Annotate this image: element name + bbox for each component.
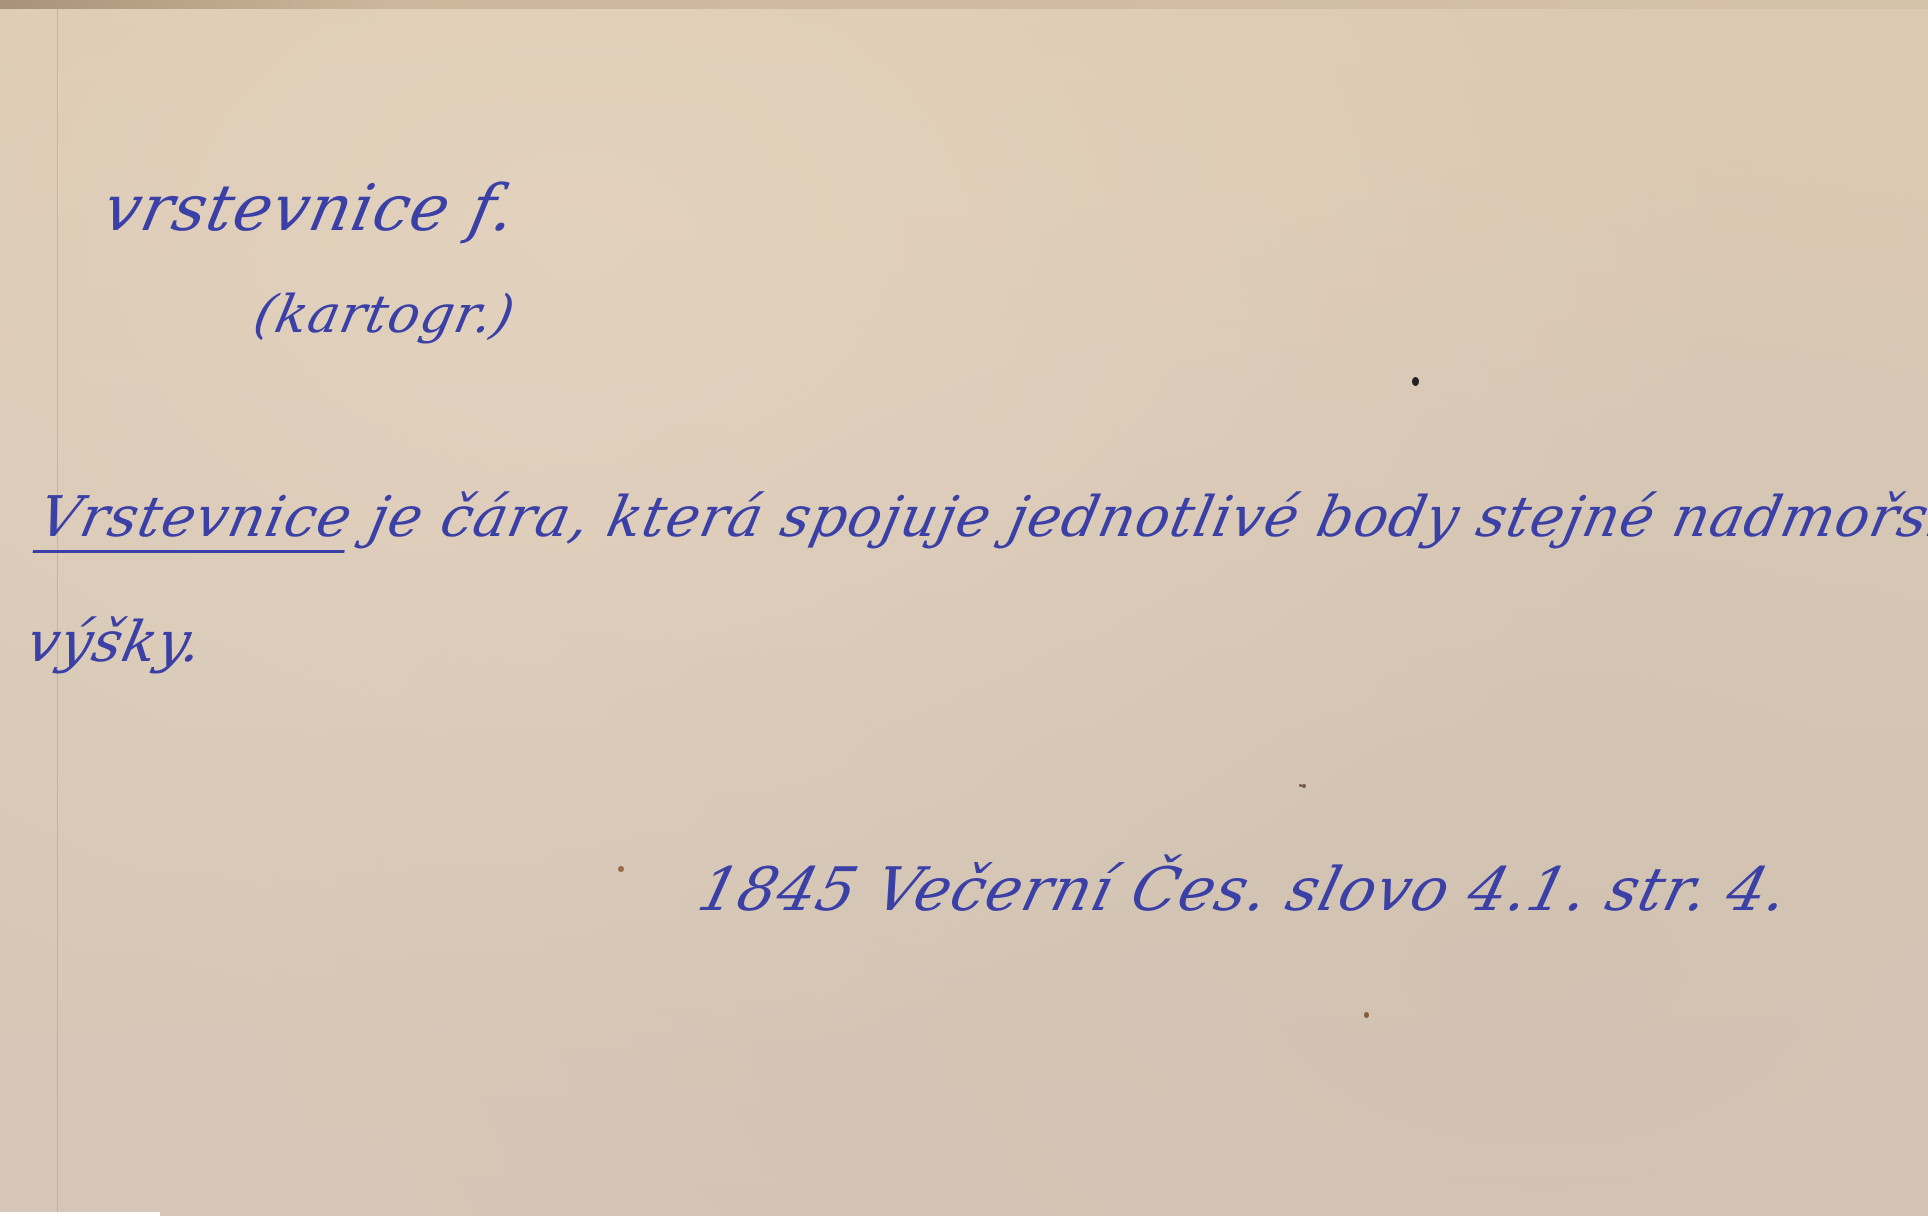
definition-term: Vrstevnice — [33, 485, 359, 550]
field-label: (kartogr.) — [249, 285, 521, 345]
ink-speck — [1302, 784, 1306, 788]
ink-speck — [1299, 784, 1302, 787]
ink-speck — [618, 866, 624, 872]
definition-text: je čára, která spojuje jednotlivé body s… — [345, 485, 1928, 550]
ink-speck — [1364, 1012, 1369, 1018]
source-citation: 1845 Večerní Čes. slovo 4.1. str. 4. — [691, 855, 1796, 925]
ink-speck — [1412, 377, 1419, 386]
definition-line-1: Vrstevnice je čára, která spojuje jednot… — [33, 485, 1928, 550]
lexical-card: vrstevnice f. (kartogr.) Vrstevnice je č… — [0, 0, 1928, 1216]
headword: vrstevnice f. — [97, 172, 523, 246]
card-top-edge — [0, 0, 1928, 9]
definition-line-2: výšky. — [21, 610, 209, 675]
margin-line — [57, 0, 58, 1216]
card-bottom-edge — [0, 1212, 160, 1216]
